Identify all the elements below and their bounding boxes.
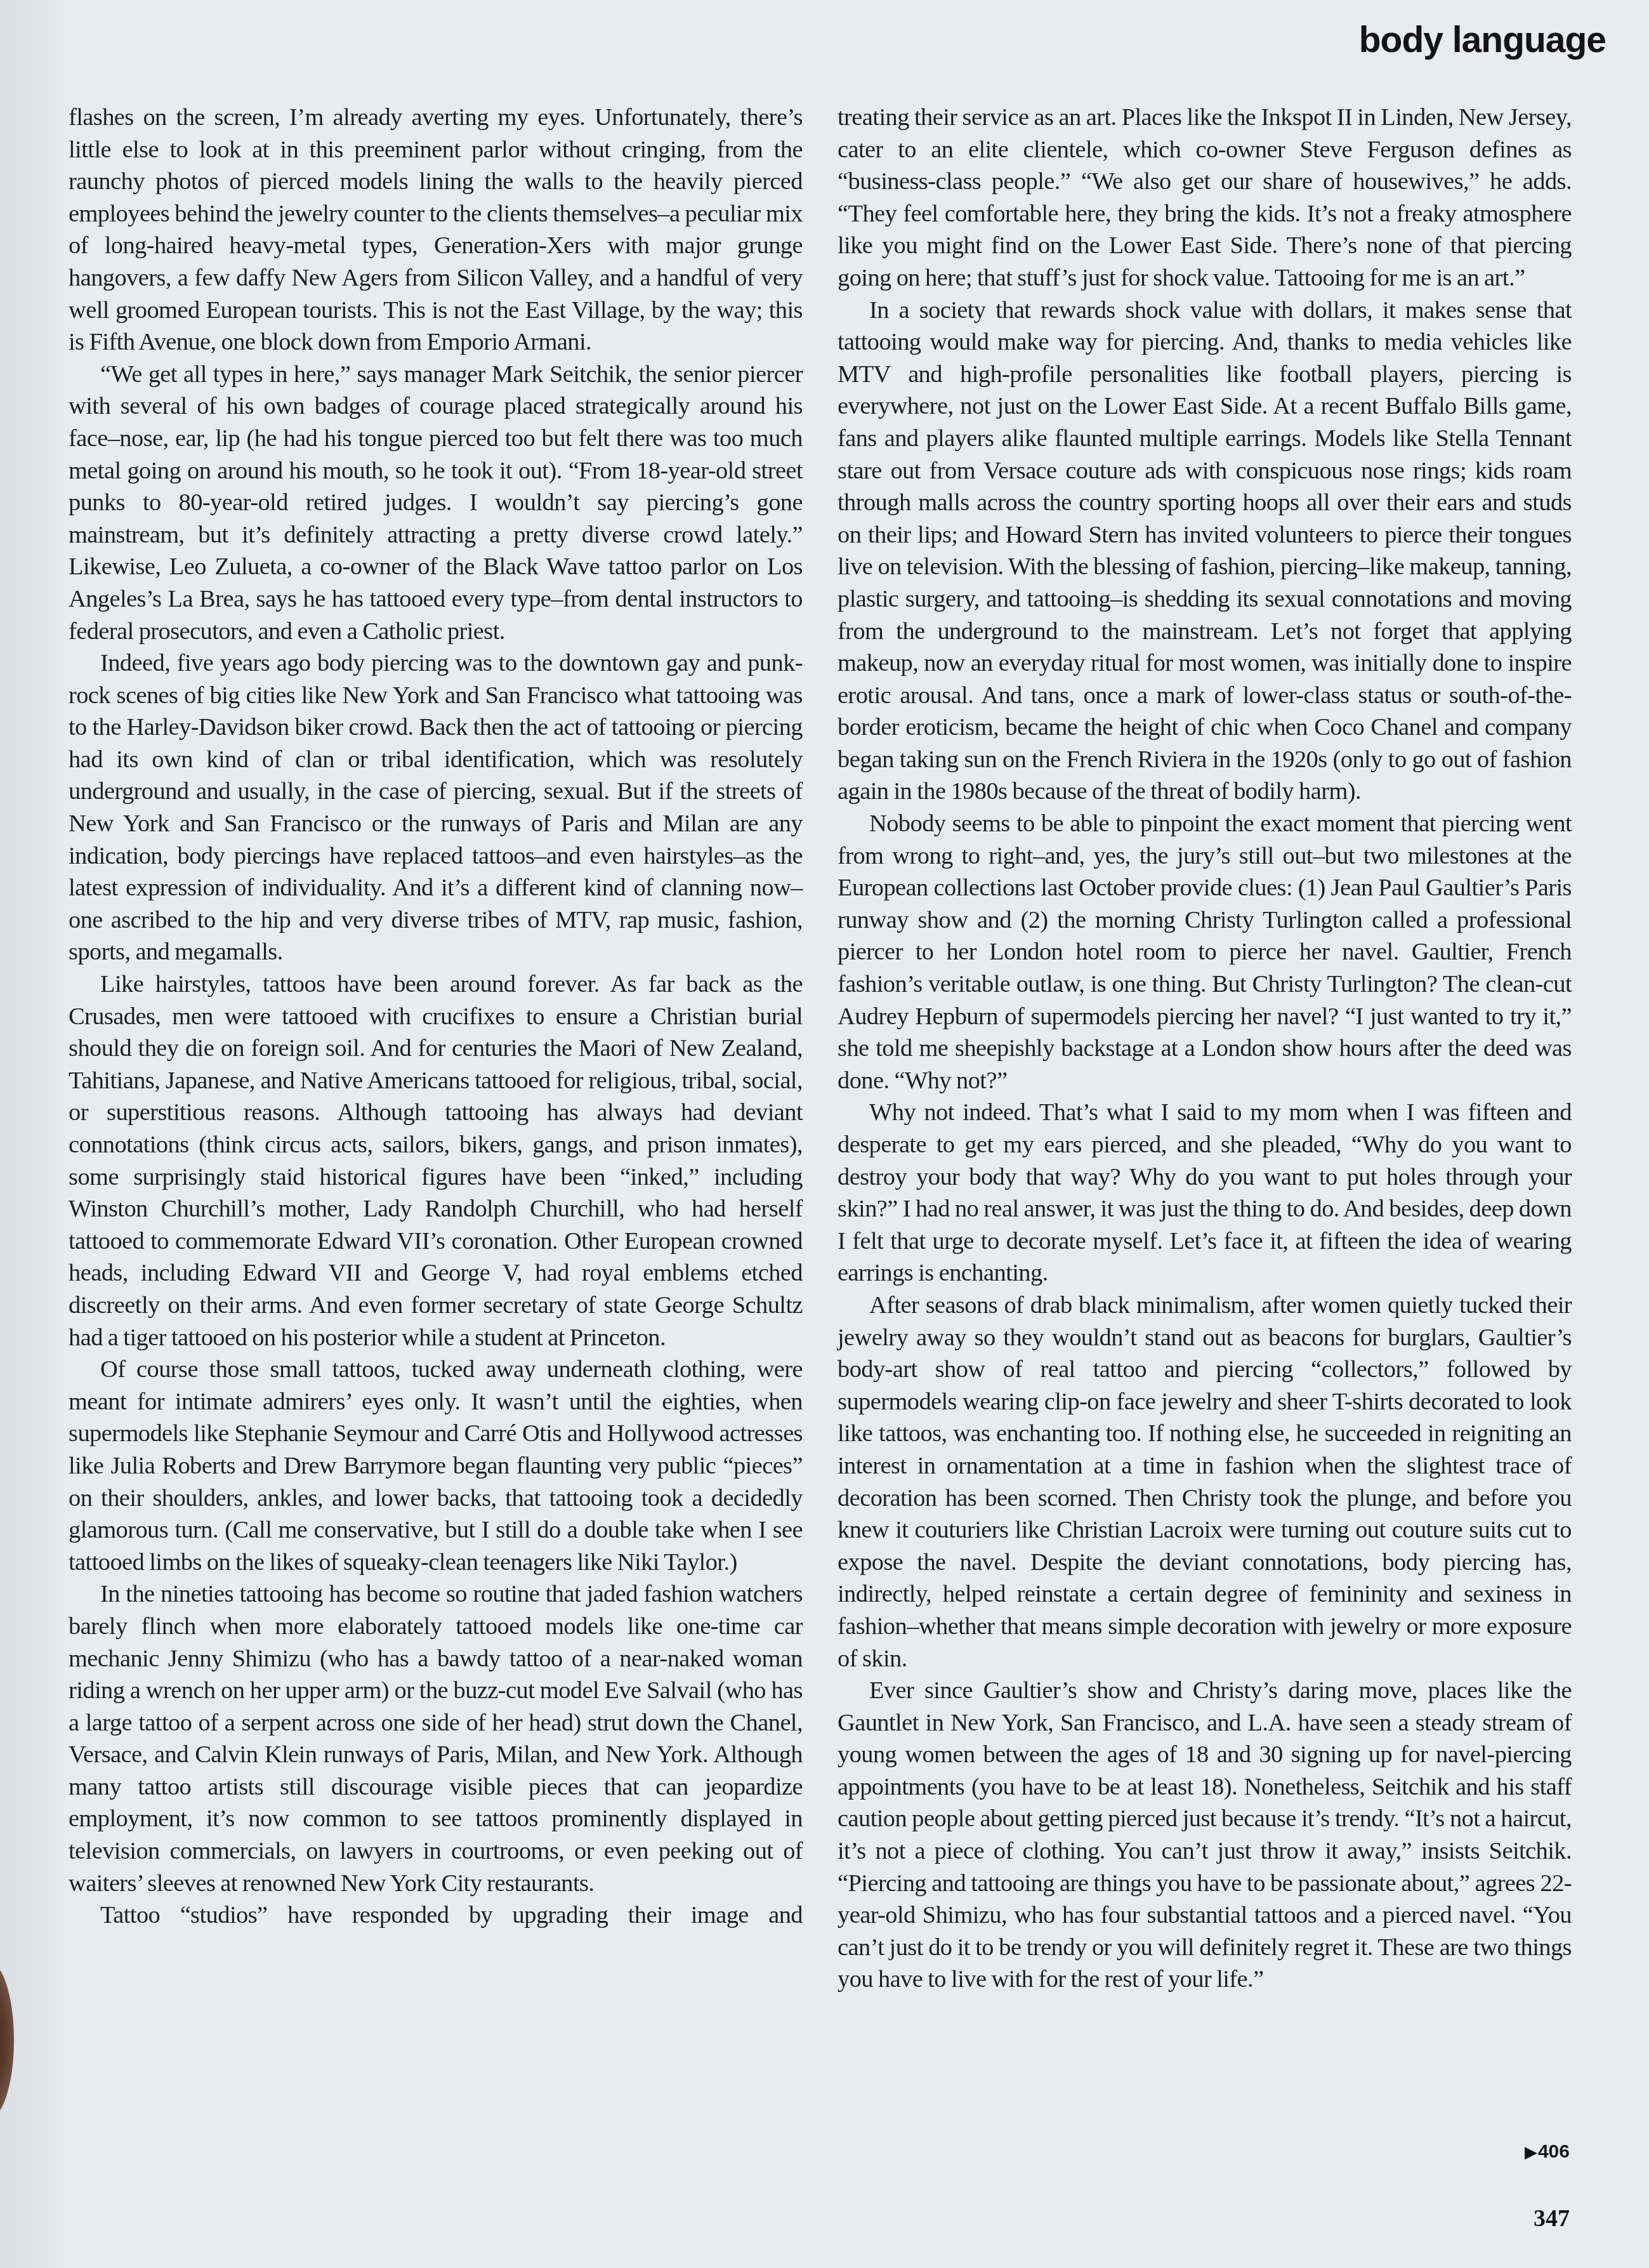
article-column-right: treating their service as an art. Places…	[838, 102, 1572, 1996]
paragraph: Indeed, five years ago body piercing was…	[69, 647, 803, 968]
article-column-left: flashes on the screen, I’m already avert…	[69, 102, 803, 1932]
paragraph-continued: Tattoo “studios” have responded by upgra…	[69, 1899, 803, 1932]
paragraph: Like hairstyles, tattoos have been aroun…	[69, 968, 803, 1354]
facing-page-photo-edge	[0, 1961, 14, 2120]
paragraph: Of course those small tattoos, tucked aw…	[69, 1354, 803, 1578]
jump-page-number: 406	[1538, 2141, 1570, 2162]
paragraph: Nobody seems to be able to pinpoint the …	[838, 808, 1572, 1097]
continued-on-page-link[interactable]: ▶406	[1525, 2141, 1570, 2163]
paragraph: After seasons of drab black minimalism, …	[838, 1289, 1572, 1675]
paragraph: In a society that rewards shock value wi…	[838, 294, 1572, 808]
paragraph: “We get all types in here,” says manager…	[69, 359, 803, 647]
paragraph: Why not indeed. That’s what I said to my…	[838, 1097, 1572, 1289]
page-gutter	[0, 0, 62, 2268]
paragraph: treating their service as an art. Places…	[838, 102, 1572, 294]
section-header: body language	[1359, 19, 1606, 61]
page-number: 347	[1534, 2205, 1570, 2232]
paragraph: flashes on the screen, I’m already avert…	[69, 102, 803, 359]
paragraph: In the nineties tattooing has become so …	[69, 1578, 803, 1899]
paragraph: Ever since Gaultier’s show and Christy’s…	[838, 1675, 1572, 1996]
right-triangle-icon: ▶	[1525, 2142, 1537, 2161]
